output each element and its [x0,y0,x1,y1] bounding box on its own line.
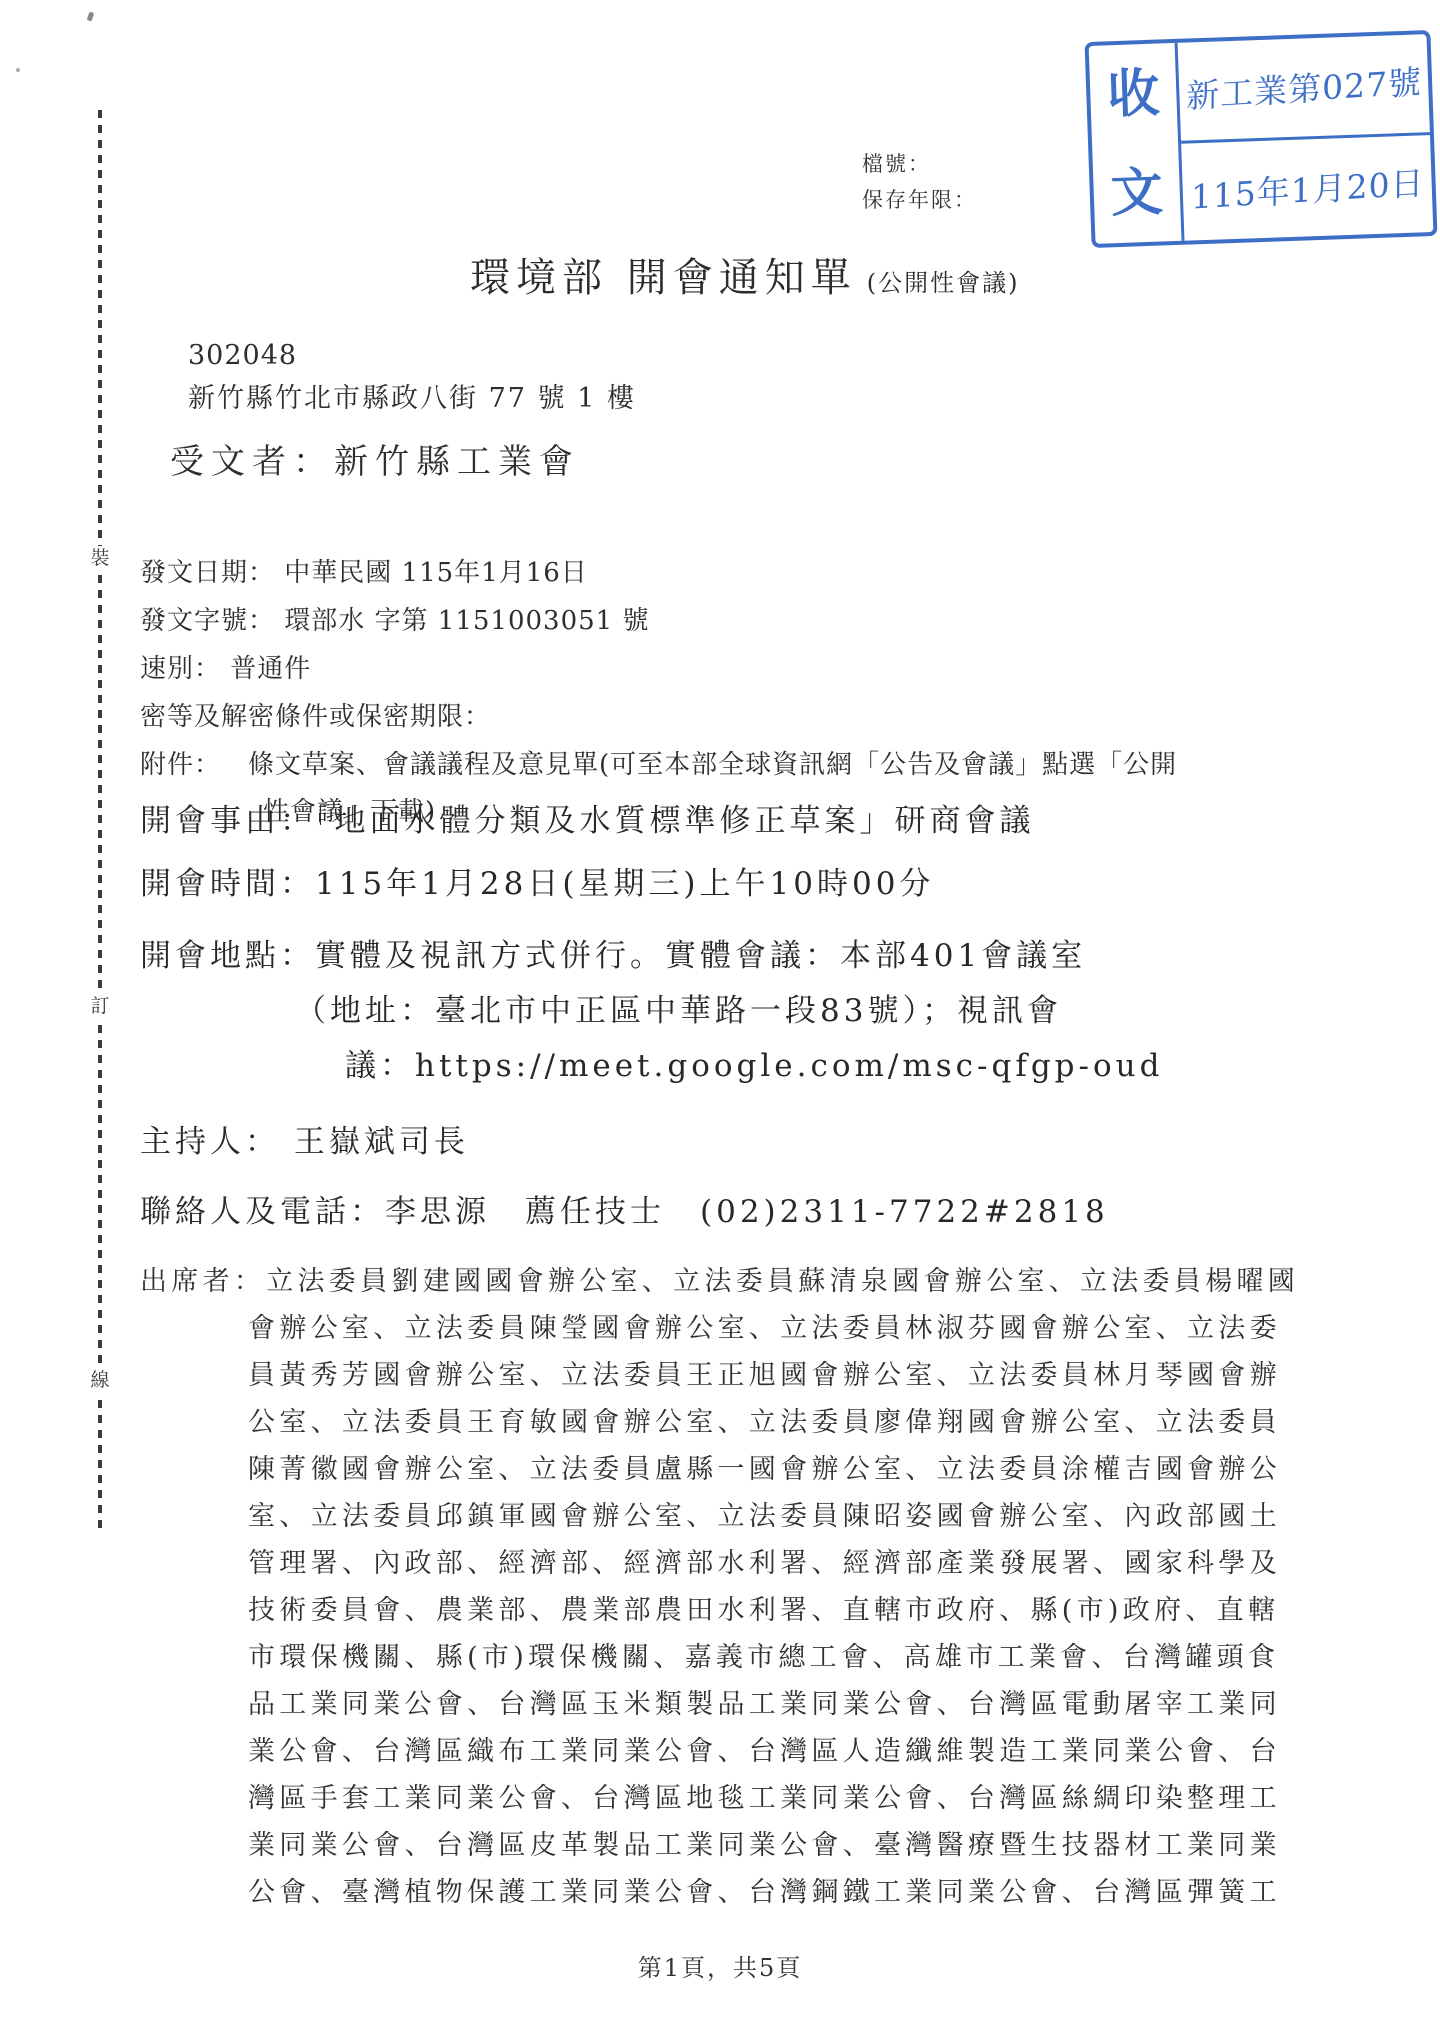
meeting-location-line-2: （地址：臺北市中正區中華路一段83號）；視訊會 [295,985,1062,1030]
stamp-received-label: 收 文 [1089,43,1185,244]
binding-char-zhuang: 裝 [85,546,115,571]
issue-date-line: 發文日期： 中華民國 115年1月16日 [140,552,588,589]
postal-code: 302048 [188,340,297,371]
scan-artifact [87,11,95,21]
attendees-paragraph: 出席者：立法委員劉建國國會辦公室、立法委員蘇清泉國會辦公室、立法委員楊曜國 會辦… [140,1258,1330,1916]
stamp-right-fields: 新工業第027號 115年1月20日 [1178,34,1434,241]
stamp-doc-number: 新工業第027號 [1178,34,1430,143]
scan-artifact [16,68,20,72]
meeting-contact-line: 聯絡人及電話：李思源 薦任技士 (02)2311-7722#2818 [140,1186,1109,1231]
security-line: 密等及解密條件或保密期限： [140,696,491,733]
attendees-line: 員黃秀芳國會辦公室、立法委員王正旭國會辦公室、立法委員林月琴國會辦 [140,1352,1330,1399]
meeting-location-line-1: 開會地點：實體及視訊方式併行。實體會議：本部401會議室 [140,930,1086,975]
meeting-chair-line: 主持人： 王嶽斌司長 [140,1116,469,1161]
attendees-line: 公室、立法委員王育敏國會辦公室、立法委員廖偉翔國會辦公室、立法委員 [140,1399,1330,1446]
page-number-footer: 第1頁，共5頁 [0,1948,1440,1983]
stamp-char-shou: 收 [1106,67,1160,121]
attendees-line: 技術委員會、農業部、農業部農田水利署、直轄市政府、縣(市)政府、直轄 [140,1587,1330,1634]
received-stamp: 收 文 新工業第027號 115年1月20日 [1085,30,1438,248]
attendees-label: 出席者： [140,1266,265,1297]
attendees-line: 室、立法委員邱鎮軍國會辦公室、立法委員陳昭姿國會辦公室、內政部國土 [140,1493,1330,1540]
attendees-line: 出席者：立法委員劉建國國會辦公室、立法委員蘇清泉國會辦公室、立法委員楊曜國 [140,1258,1330,1305]
attendees-line: 業公會、台灣區織布工業同業公會、台灣區人造纖維製造工業同業公會、台 [140,1728,1330,1775]
attendees-line: 市環保機關、縣(市)環保機關、嘉義市總工會、高雄市工業會、台灣罐頭食 [140,1634,1330,1681]
attachment-label: 附件： [140,744,221,781]
doc-number-line: 發文字號： 環部水 字第 1151003051 號 [140,600,649,637]
title-main: 環境部 開會通知單 [470,246,857,303]
meeting-subject-line: 開會事由：「地面水體分類及水質標準修正草案」研商會議 [140,795,1035,840]
attendees-line: 陳菁徽國會辦公室、立法委員盧縣一國會辦公室、立法委員涂權吉國會辦公 [140,1446,1330,1493]
recipient-address: 新竹縣竹北市縣政八街 77 號 1 樓 [188,376,636,415]
meeting-time-line: 開會時間：115年1月28日(星期三)上午10時00分 [140,858,934,903]
recipient-line: 受文者：新竹縣工業會 [170,434,580,483]
attachment-line-1: 條文草案、會議議程及意見單(可至本部全球資訊網「公告及會議」點選「公開 [248,744,1177,781]
attendees-line: 會辦公室、立法委員陳瑩國會辦公室、立法委員林淑芬國會辦公室、立法委 [140,1305,1330,1352]
document-title: 環境部 開會通知單 (公開性會議) [470,246,1019,303]
attendees-line: 公會、臺灣植物保護工業同業公會、台灣鋼鐵工業同業公會、台灣區彈簧工 [140,1869,1330,1916]
attendees-line: 管理署、內政部、經濟部、經濟部水利署、經濟部產業發展署、國家科學及 [140,1540,1330,1587]
attendees-line: 品工業同業公會、台灣區玉米類製品工業同業公會、台灣區電動屠宰工業同 [140,1681,1330,1728]
title-subtitle: (公開性會議) [867,263,1020,298]
speed-line: 速別： 普通件 [140,648,311,685]
retention-period-label: 保存年限： [862,182,977,218]
attendees-line: 灣區手套工業同業公會、台灣區地毯工業同業公會、台灣區絲綢印染整理工 [140,1775,1330,1822]
binding-char-ding: 訂 [85,994,115,1019]
binding-char-xian: 線 [85,1368,115,1393]
stamp-char-wen: 文 [1110,166,1164,220]
binding-dotted-line [98,110,102,1532]
scanned-document-page: 裝 訂 線 檔號： 保存年限： 收 文 新工業第027號 115年1月20日 環… [0,0,1440,2037]
attendees-line: 業同業公會、台灣區皮革製品工業同業公會、臺灣醫療暨生技器材工業同業 [140,1822,1330,1869]
archive-labels: 檔號： 保存年限： [862,146,977,218]
file-number-label: 檔號： [862,146,977,182]
stamp-date: 115年1月20日 [1181,135,1433,241]
attendees-text: 立法委員劉建國國會辦公室、立法委員蘇清泉國會辦公室、立法委員楊曜國 [266,1266,1299,1297]
meeting-location-line-3: 議：https://meet.google.com/msc-qfgp-oud [345,1040,1163,1085]
